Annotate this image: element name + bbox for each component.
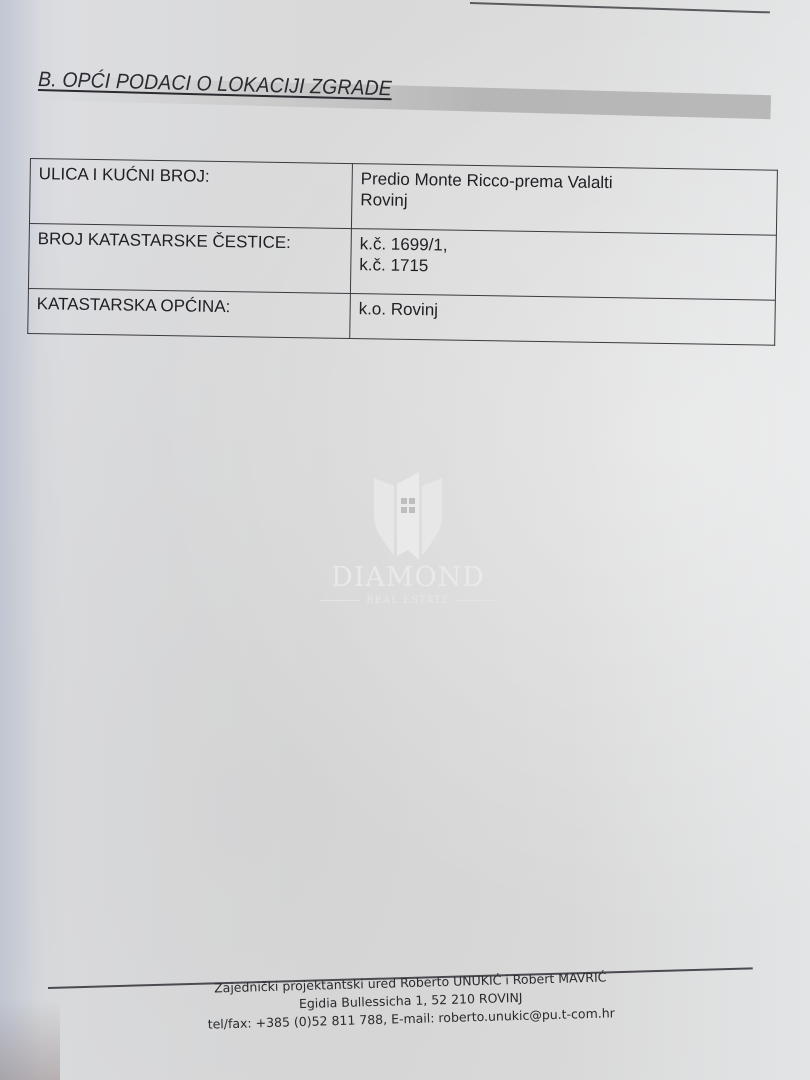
section-heading: B. OPĆI PODACI O LOKACIJI ZGRADE — [35, 64, 771, 131]
municipality-value-line: k.o. Rovinj — [359, 298, 767, 325]
divider — [456, 600, 496, 601]
row-label-street: ULICA I KUĆNI BROJ: — [29, 159, 352, 229]
row-value-parcel: k.č. 1699/1, k.č. 1715 — [350, 229, 776, 301]
table-row: BROJ KATASTARSKE ČESTICE: k.č. 1699/1, k… — [28, 223, 776, 300]
row-value-street: Predio Monte Ricco-prema Valalti Rovinj — [351, 164, 777, 236]
row-label-parcel: BROJ KATASTARSKE ČESTICE: — [28, 223, 351, 293]
location-info-table: ULICA I KUĆNI BROJ: Predio Monte Ricco-p… — [27, 158, 778, 346]
watermark-brand-name: DIAMOND — [308, 562, 508, 593]
footer: Zajednički projektantski ured Roberto UN… — [160, 967, 661, 1035]
building-shield-icon — [370, 470, 446, 567]
corner-shadow — [0, 1000, 60, 1080]
header-rule — [470, 2, 770, 13]
divider — [320, 600, 360, 601]
table-row: ULICA I KUĆNI BROJ: Predio Monte Ricco-p… — [29, 159, 777, 236]
row-label-municipality: KATASTARSKA OPĆINA: — [28, 288, 351, 338]
watermark-subtitle: REAL ESTATE — [366, 595, 450, 606]
row-value-municipality: k.o. Rovinj — [350, 294, 776, 346]
diamond-watermark: DIAMOND REAL ESTATE — [308, 470, 508, 620]
watermark-subtitle-row: REAL ESTATE — [308, 595, 508, 606]
